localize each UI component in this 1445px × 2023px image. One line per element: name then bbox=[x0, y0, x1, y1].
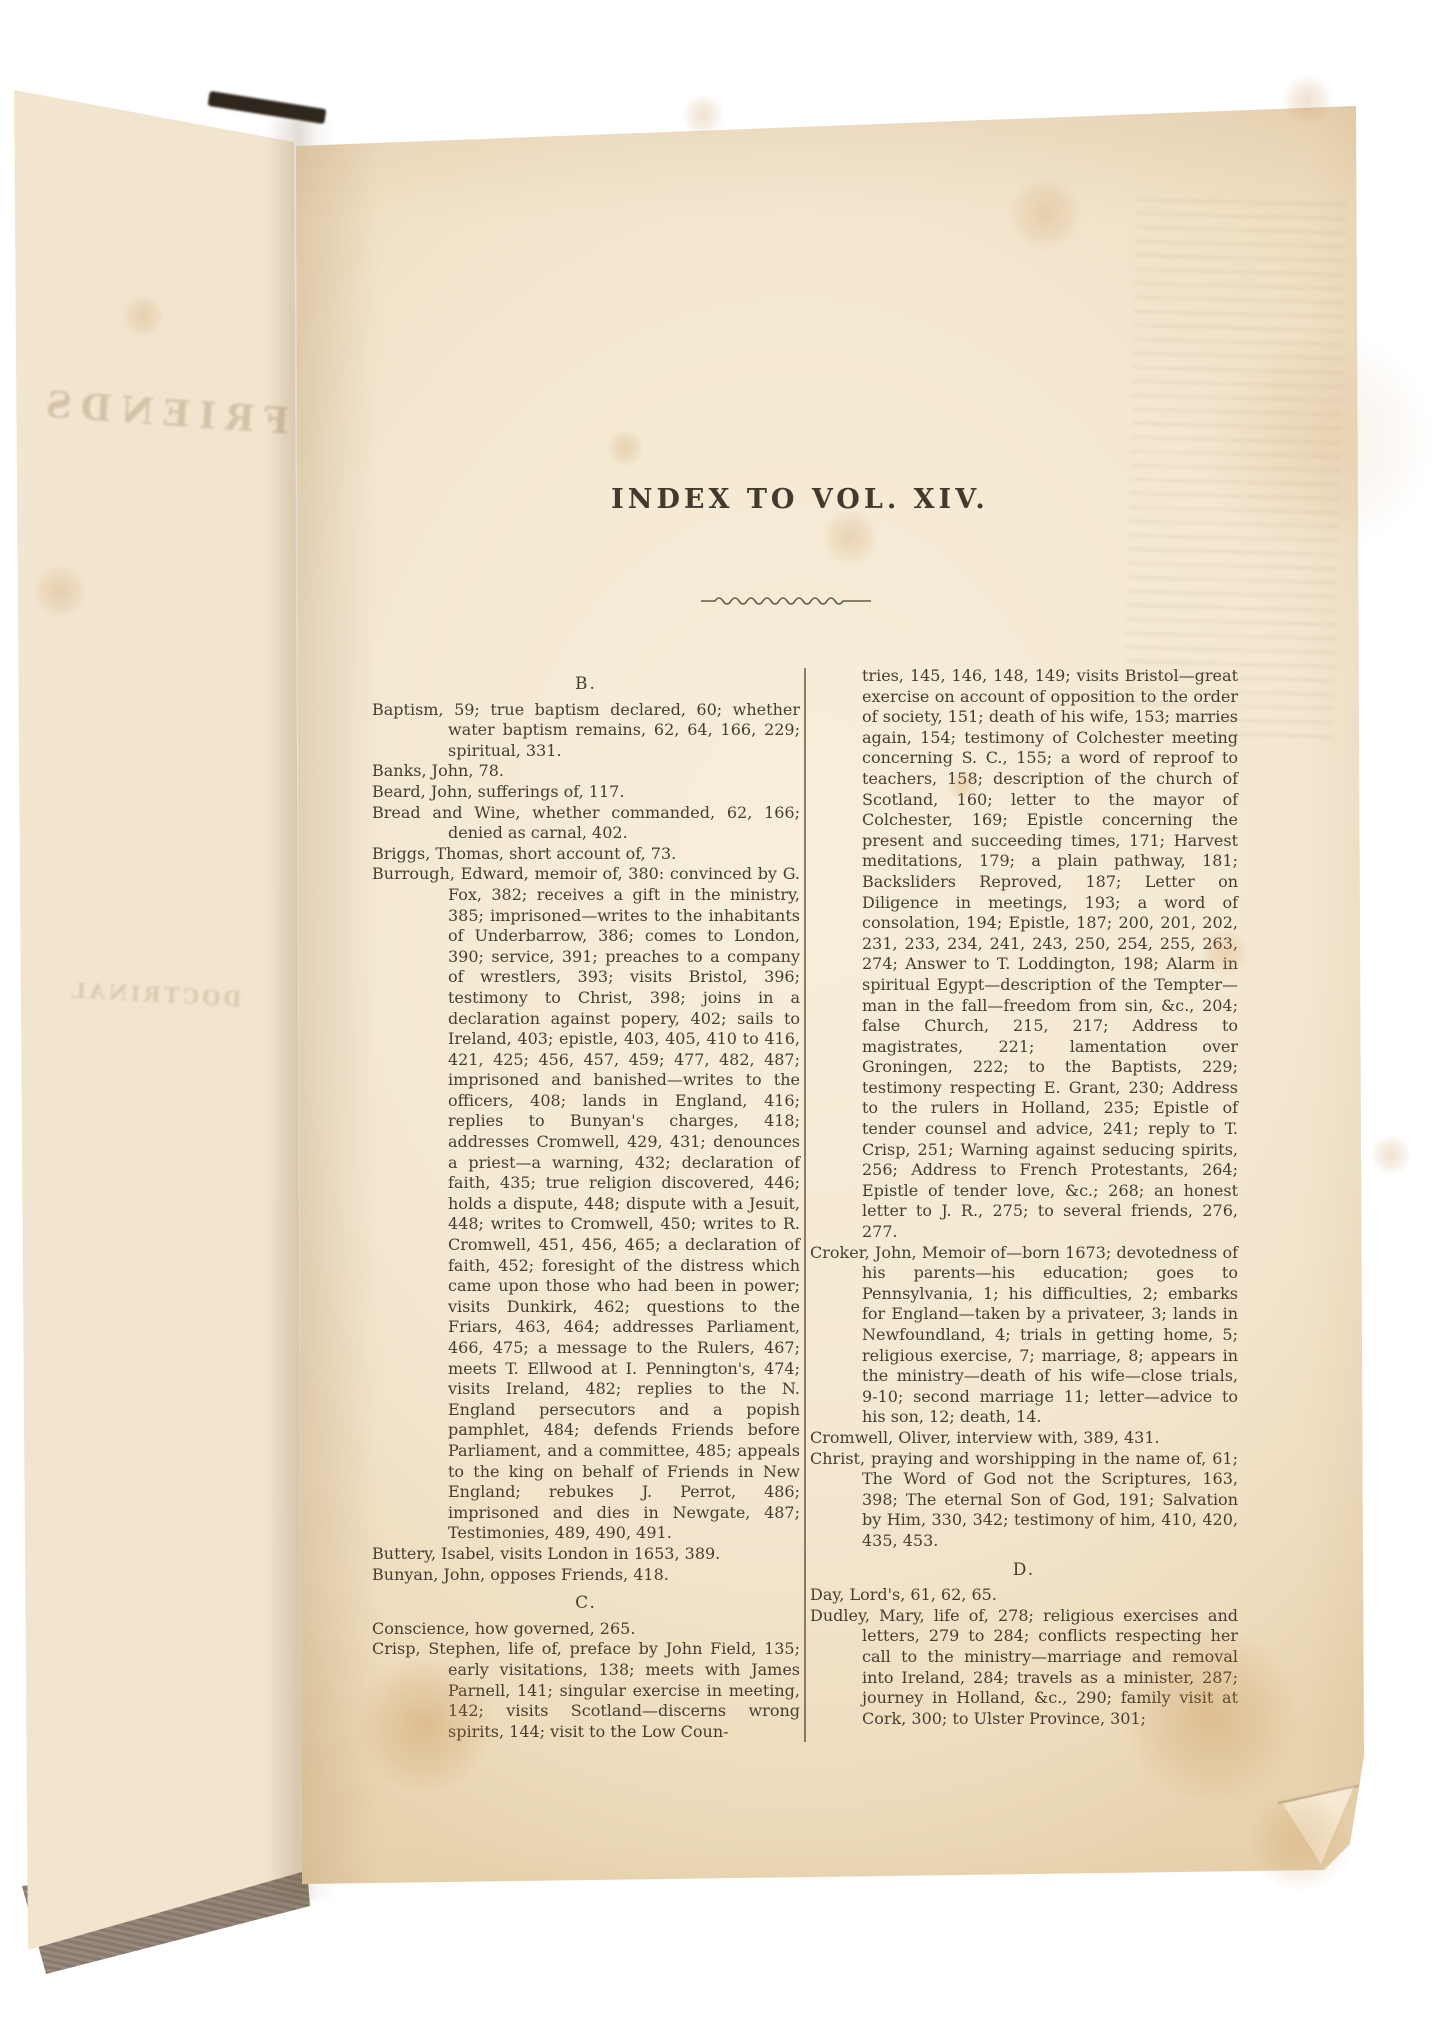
index-entry: Briggs, Thomas, short account of, 73. bbox=[372, 844, 800, 865]
foxing-spot bbox=[680, 95, 726, 135]
index-entry: Conscience, how governed, 265. bbox=[372, 1619, 800, 1640]
index-entry: Day, Lord's, 61, 62, 65. bbox=[810, 1585, 1238, 1606]
foxing-spot bbox=[1370, 1135, 1412, 1175]
index-entry: Banks, John, 78. bbox=[372, 761, 800, 782]
index-columns: B.Baptism, 59; true baptism declared, 60… bbox=[372, 666, 1238, 1742]
index-column-right: tries, 145, 146, 148, 149; visits Bristo… bbox=[810, 666, 1238, 1742]
index-entry: Croker, John, Memoir of—born 1673; devot… bbox=[810, 1243, 1238, 1428]
section-header: C. bbox=[372, 1593, 800, 1614]
index-entry: tries, 145, 146, 148, 149; visits Bristo… bbox=[810, 666, 1238, 1243]
index-entry: Bread and Wine, whether commanded, 62, 1… bbox=[372, 803, 800, 844]
index-entry: Buttery, Isabel, visits London in 1653, … bbox=[372, 1544, 800, 1565]
index-entry: Baptism, 59; true baptism declared, 60; … bbox=[372, 700, 800, 762]
showthrough-text: FRIENDS bbox=[27, 383, 299, 444]
index-entry: Beard, John, sufferings of, 117. bbox=[372, 782, 800, 803]
index-entry: Burrough, Edward, memoir of, 380: convin… bbox=[372, 864, 800, 1544]
column-rule bbox=[804, 668, 806, 1742]
index-entry: Bunyan, John, opposes Friends, 418. bbox=[372, 1565, 800, 1586]
showthrough-lines bbox=[1123, 197, 1347, 742]
index-entry: Cromwell, Oliver, interview with, 389, 4… bbox=[810, 1428, 1238, 1449]
page-title: INDEX TO VOL. XIV. bbox=[420, 484, 1180, 515]
index-entry: Dudley, Mary, life of, 278; religious ex… bbox=[810, 1606, 1238, 1730]
wavy-divider bbox=[700, 594, 872, 606]
section-header: D. bbox=[810, 1560, 1238, 1581]
open-book-photo: FRIENDS DOCTRINAL INDEX TO VOL. XIV. B.B… bbox=[0, 0, 1445, 2023]
index-entry: Christ, praying and worshipping in the n… bbox=[810, 1449, 1238, 1552]
index-column-left: B.Baptism, 59; true baptism declared, 60… bbox=[372, 666, 800, 1742]
index-entry: Crisp, Stephen, life of, preface by John… bbox=[372, 1639, 800, 1742]
section-header: B. bbox=[372, 674, 800, 695]
